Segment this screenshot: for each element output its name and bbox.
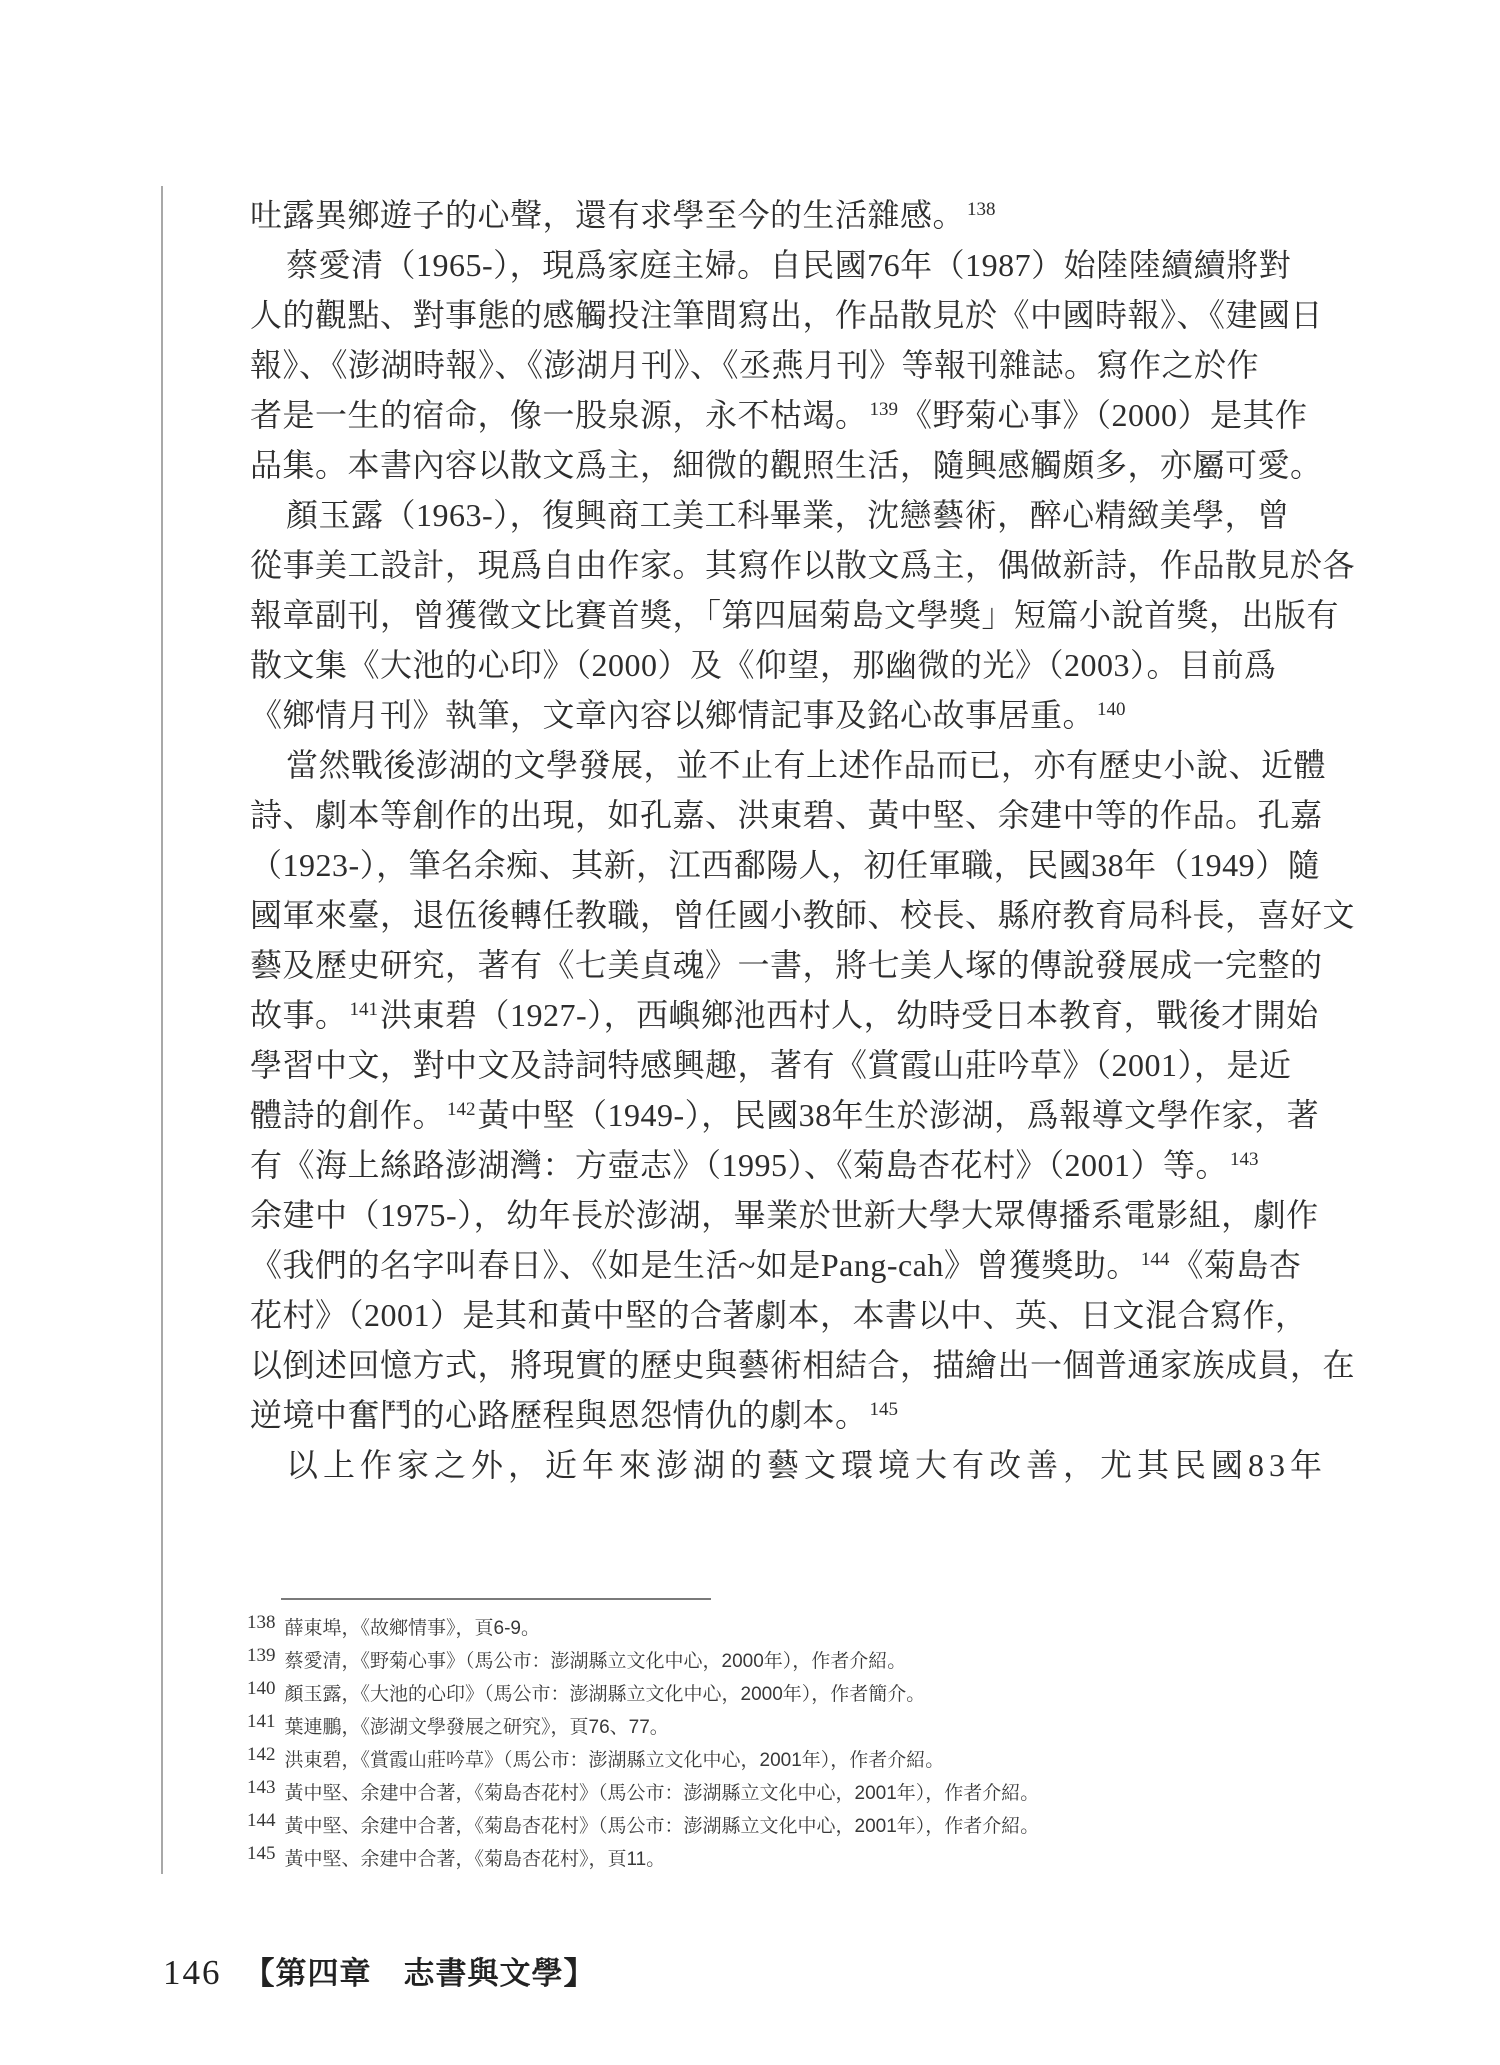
body-text-segment: 《鄉情月刊》執筆，文章內容以鄉情記事及銘心故事居重。 xyxy=(250,697,1095,733)
body-text-segment: 者是一生的宿命，像一股泉源，永不枯竭。 xyxy=(250,397,868,433)
body-text-segment: 蔡愛清（1965-），現爲家庭主婦。自民國76年（1987）始陸陸續續將對 xyxy=(286,247,1291,283)
body-line: 《鄉情月刊》執筆，文章內容以鄉情記事及銘心故事居重。140 xyxy=(250,690,1360,740)
footnote-ref: 138 xyxy=(965,199,998,220)
body-line: 從事美工設計，現爲自由作家。其寫作以散文爲主，偶做新詩，作品散見於各 xyxy=(250,540,1360,590)
body-line: 蔡愛清（1965-），現爲家庭主婦。自民國76年（1987）始陸陸續續將對 xyxy=(250,240,1360,290)
body-line: 藝及歷史研究，著有《七美貞魂》一書，將七美人塚的傳說發展成一完整的 xyxy=(250,940,1360,990)
body-text-segment: 當然戰後澎湖的文學發展，並不止有上述作品而已，亦有歷史小說、近體 xyxy=(286,747,1326,783)
body-text-segment: 花村》（2001）是其和黃中堅的合著劇本，本書以中、英、日文混合寫作， xyxy=(250,1297,1308,1333)
footnote-text: 蔡愛清，《野菊心事》（馬公市：澎湖縣立文化中心，2000年），作者介紹。 xyxy=(285,1651,907,1672)
body-text-segment: 體詩的創作。 xyxy=(250,1097,445,1133)
body-line: 人的觀點、對事態的感觸投注筆間寫出，作品散見於《中國時報》、《建國日 xyxy=(250,290,1360,340)
body-text: 吐露異鄉遊子的心聲，還有求學至今的生活雜感。138 蔡愛清（1965-），現爲家… xyxy=(250,190,1360,1490)
footnote-text: 薛東埠，《故鄉情事》，頁6-9。 xyxy=(285,1618,540,1639)
body-text-segment: 洪東碧（1927-），西嶼鄉池西村人，幼時受日本教育，戰後才開始 xyxy=(380,997,1319,1033)
body-line: 《我們的名字叫春日》、《如是生活~如是Pang-cah》曾獲獎助。144《菊島杏 xyxy=(250,1240,1360,1290)
chapter-title: 【第四章 志書與文學】 xyxy=(244,1956,596,1991)
body-text-segment: 黃中堅（1949-），民國38年生於澎湖，爲報導文學作家，著 xyxy=(478,1097,1320,1133)
body-line: 故事。141洪東碧（1927-），西嶼鄉池西村人，幼時受日本教育，戰後才開始 xyxy=(250,990,1360,1040)
body-text-segment: 報章副刊，曾獲徵文比賽首獎，「第四屆菊島文學獎」短篇小說首獎，出版有 xyxy=(250,597,1339,633)
body-text-segment: 逆境中奮鬥的心路歷程與恩怨情仇的劇本。 xyxy=(250,1397,868,1433)
body-line: 以倒述回憶方式，將現實的歷史與藝術相結合，描繪出一個普通家族成員，在 xyxy=(250,1340,1360,1390)
body-text-segment: 國軍來臺，退伍後轉任教職，曾任國小教師、校長、縣府教育局科長，喜好文 xyxy=(250,897,1355,933)
body-text-segment: 有《海上絲路澎湖灣：方壺志》（1995）、《菊島杏花村》（2001）等。 xyxy=(250,1147,1228,1183)
body-line: 散文集《大池的心印》（2000）及《仰望，那幽微的光》（2003）。目前爲 xyxy=(250,640,1360,690)
footnote-number: 141 xyxy=(247,1711,276,1732)
body-text-segment: 品集。本書內容以散文爲主，細微的觀照生活，隨興感觸頗多，亦屬可愛。 xyxy=(250,447,1323,483)
page-footer: 146【第四章 志書與文學】 xyxy=(163,1948,596,1993)
body-line: 以上作家之外，近年來澎湖的藝文環境大有改善，尤其民國83年 xyxy=(250,1440,1360,1490)
body-text-segment: 《野菊心事》（2000）是其作 xyxy=(900,397,1308,433)
footnote: 140顏玉露，《大池的心印》（馬公市：澎湖縣立文化中心，2000年），作者簡介。 xyxy=(247,1678,1447,1711)
body-text-segment: 吐露異鄉遊子的心聲，還有求學至今的生活雜感。 xyxy=(250,197,965,233)
body-line: 吐露異鄉遊子的心聲，還有求學至今的生活雜感。138 xyxy=(250,190,1360,240)
footnote-ref: 142 xyxy=(445,1099,478,1120)
body-line: 余建中（1975-），幼年長於澎湖，畢業於世新大學大眾傳播系電影組，劇作 xyxy=(250,1190,1360,1240)
footnote-text: 黃中堅、余建中合著，《菊島杏花村》（馬公市：澎湖縣立文化中心，2001年），作者… xyxy=(285,1816,1040,1837)
footnotes: 138薛東埠，《故鄉情事》，頁6-9。 139蔡愛清，《野菊心事》（馬公市：澎湖… xyxy=(247,1612,1447,1876)
body-line: 顏玉露（1963-），復興商工美工科畢業，沈戀藝術，醉心精緻美學，曾 xyxy=(250,490,1360,540)
body-text-segment: 從事美工設計，現爲自由作家。其寫作以散文爲主，偶做新詩，作品散見於各 xyxy=(250,547,1355,583)
body-line: 花村》（2001）是其和黃中堅的合著劇本，本書以中、英、日文混合寫作， xyxy=(250,1290,1360,1340)
footnote-ref: 140 xyxy=(1095,699,1128,720)
footnote: 139蔡愛清，《野菊心事》（馬公市：澎湖縣立文化中心，2000年），作者介紹。 xyxy=(247,1645,1447,1678)
body-text-segment: （1923-），筆名余痴、其新，江西鄱陽人，初任軍職，民國38年（1949）隨 xyxy=(250,847,1320,883)
footnote-text: 顏玉露，《大池的心印》（馬公市：澎湖縣立文化中心，2000年），作者簡介。 xyxy=(285,1684,926,1705)
body-line: 報》、《澎湖時報》、《澎湖月刊》、《丞燕月刊》等報刊雜誌。寫作之於作 xyxy=(250,340,1360,390)
footnote-ref: 144 xyxy=(1139,1249,1172,1270)
footnote-number: 140 xyxy=(247,1678,276,1699)
footnote: 141葉連鵬，《澎湖文學發展之研究》，頁76、77。 xyxy=(247,1711,1447,1744)
footnote-ref: 145 xyxy=(868,1399,901,1420)
footnote: 144黃中堅、余建中合著，《菊島杏花村》（馬公市：澎湖縣立文化中心，2001年）… xyxy=(247,1810,1447,1843)
footnote: 138薛東埠，《故鄉情事》，頁6-9。 xyxy=(247,1612,1447,1645)
footnote: 143黃中堅、余建中合著，《菊島杏花村》（馬公市：澎湖縣立文化中心，2001年）… xyxy=(247,1777,1447,1810)
body-line: 有《海上絲路澎湖灣：方壺志》（1995）、《菊島杏花村》（2001）等。143 xyxy=(250,1140,1360,1190)
body-line: 者是一生的宿命，像一股泉源，永不枯竭。139《野菊心事》（2000）是其作 xyxy=(250,390,1360,440)
footnote-ref: 143 xyxy=(1228,1149,1261,1170)
footnote-ref: 141 xyxy=(348,999,381,1020)
body-text-segment: 報》、《澎湖時報》、《澎湖月刊》、《丞燕月刊》等報刊雜誌。寫作之於作 xyxy=(250,347,1259,383)
footnote-text: 葉連鵬，《澎湖文學發展之研究》，頁76、77。 xyxy=(285,1717,669,1738)
body-line: 報章副刊，曾獲徵文比賽首獎，「第四屆菊島文學獎」短篇小說首獎，出版有 xyxy=(250,590,1360,640)
body-line: 逆境中奮鬥的心路歷程與恩怨情仇的劇本。145 xyxy=(250,1390,1360,1440)
body-line: 品集。本書內容以散文爲主，細微的觀照生活，隨興感觸頗多，亦屬可愛。 xyxy=(250,440,1360,490)
document-page: 吐露異鄉遊子的心聲，還有求學至今的生活雜感。138 蔡愛清（1965-），現爲家… xyxy=(0,0,1500,2065)
body-text-segment: 人的觀點、對事態的感觸投注筆間寫出，作品散見於《中國時報》、《建國日 xyxy=(250,297,1323,333)
body-text-segment: 《菊島杏 xyxy=(1171,1247,1301,1283)
body-line: 體詩的創作。142黃中堅（1949-），民國38年生於澎湖，爲報導文學作家，著 xyxy=(250,1090,1360,1140)
body-text-segment: 以上作家之外，近年來澎湖的藝文環境大有改善，尤其民國83年 xyxy=(286,1447,1327,1483)
body-text-segment: 故事。 xyxy=(250,997,348,1033)
footnote-number: 142 xyxy=(247,1744,276,1765)
left-margin-rule xyxy=(161,186,163,1874)
body-line: 當然戰後澎湖的文學發展，並不止有上述作品而已，亦有歷史小說、近體 xyxy=(250,740,1360,790)
footnote-text: 黃中堅、余建中合著，《菊島杏花村》（馬公市：澎湖縣立文化中心，2001年），作者… xyxy=(285,1783,1040,1804)
footnote-number: 139 xyxy=(247,1645,276,1666)
footnote-text: 洪東碧，《賞霞山莊吟草》（馬公市：澎湖縣立文化中心，2001年），作者介紹。 xyxy=(285,1750,945,1771)
body-text-segment: 余建中（1975-），幼年長於澎湖，畢業於世新大學大眾傳播系電影組，劇作 xyxy=(250,1197,1319,1233)
footnote: 145黃中堅、余建中合著，《菊島杏花村》，頁11。 xyxy=(247,1843,1447,1876)
footnote-separator xyxy=(281,1598,711,1600)
body-text-segment: 學習中文，對中文及詩詞特感興趣，著有《賞霞山莊吟草》（2001），是近 xyxy=(250,1047,1292,1083)
footnote-text: 黃中堅、余建中合著，《菊島杏花村》，頁11。 xyxy=(285,1849,666,1870)
page-number: 146 xyxy=(163,1953,222,1992)
body-text-segment: 詩、劇本等創作的出現，如孔嘉、洪東碧、黃中堅、余建中等的作品。孔嘉 xyxy=(250,797,1323,833)
body-line: 詩、劇本等創作的出現，如孔嘉、洪東碧、黃中堅、余建中等的作品。孔嘉 xyxy=(250,790,1360,840)
footnote-number: 144 xyxy=(247,1810,276,1831)
body-text-segment: 藝及歷史研究，著有《七美貞魂》一書，將七美人塚的傳說發展成一完整的 xyxy=(250,947,1323,983)
body-line: （1923-），筆名余痴、其新，江西鄱陽人，初任軍職，民國38年（1949）隨 xyxy=(250,840,1360,890)
body-line: 國軍來臺，退伍後轉任教職，曾任國小教師、校長、縣府教育局科長，喜好文 xyxy=(250,890,1360,940)
body-text-segment: 散文集《大池的心印》（2000）及《仰望，那幽微的光》（2003）。目前爲 xyxy=(250,647,1277,683)
body-text-segment: 《我們的名字叫春日》、《如是生活~如是Pang-cah》曾獲獎助。 xyxy=(250,1247,1139,1283)
footnote-number: 145 xyxy=(247,1843,276,1864)
body-text-segment: 顏玉露（1963-），復興商工美工科畢業，沈戀藝術，醉心精緻美學，曾 xyxy=(286,497,1290,533)
body-text-segment: 以倒述回憶方式，將現實的歷史與藝術相結合，描繪出一個普通家族成員，在 xyxy=(250,1347,1355,1383)
footnote-number: 138 xyxy=(247,1612,276,1633)
body-line: 學習中文，對中文及詩詞特感興趣，著有《賞霞山莊吟草》（2001），是近 xyxy=(250,1040,1360,1090)
footnote-ref: 139 xyxy=(868,399,901,420)
footnote: 142洪東碧，《賞霞山莊吟草》（馬公市：澎湖縣立文化中心，2001年），作者介紹… xyxy=(247,1744,1447,1777)
footnote-number: 143 xyxy=(247,1777,276,1798)
